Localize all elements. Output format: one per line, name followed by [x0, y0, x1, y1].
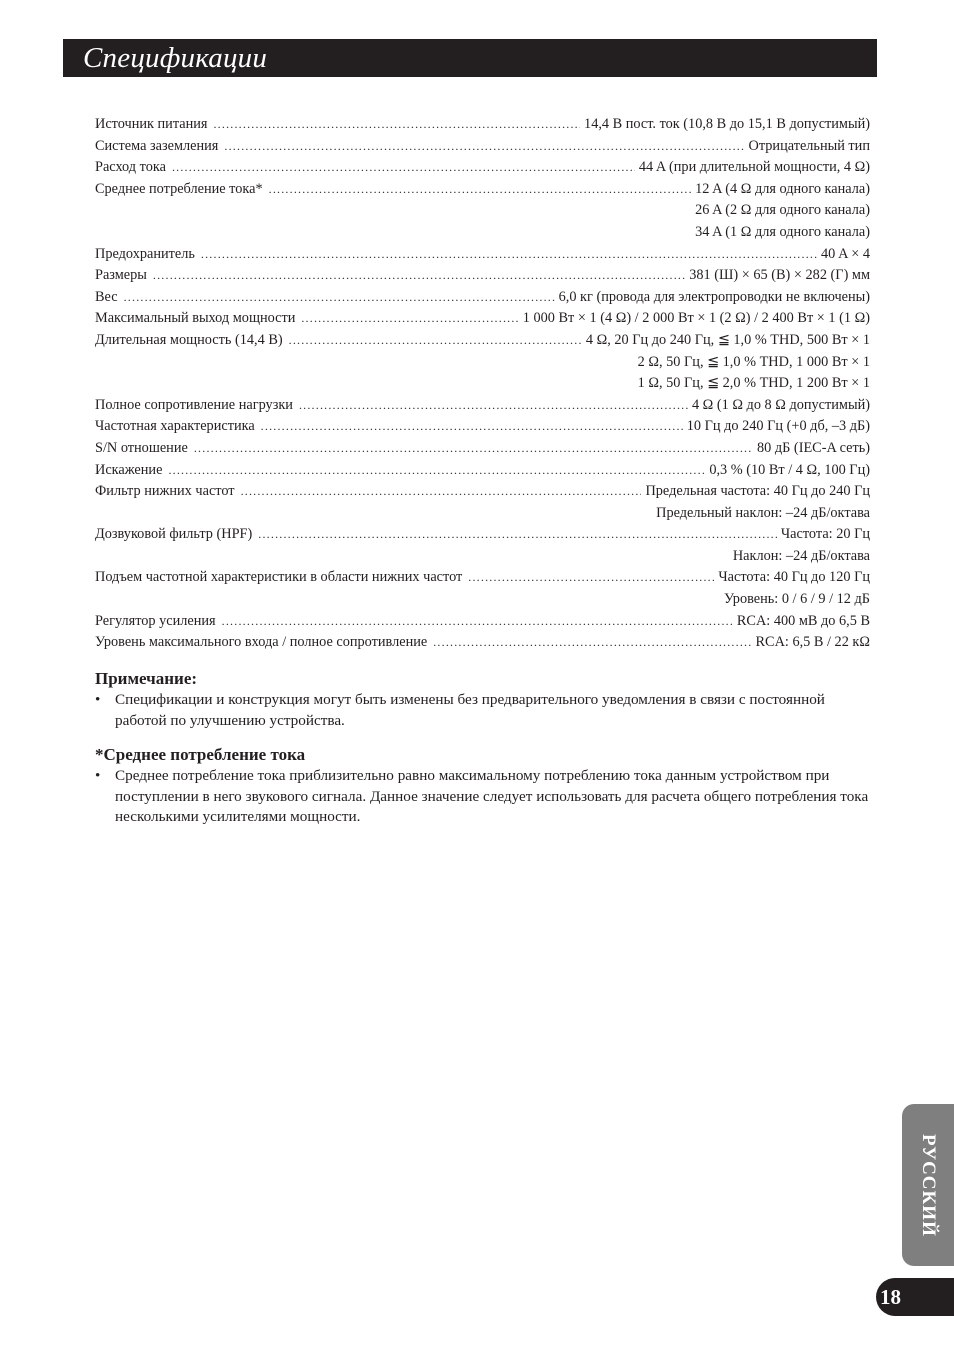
- spec-value: 381 (Ш) × 65 (В) × 282 (Г) мм: [685, 265, 870, 287]
- note-bullet: • Спецификации и конструкция могут быть …: [95, 690, 875, 731]
- spec-value: 44 A (при длительной мощности, 4 Ω): [635, 157, 870, 179]
- spec-label: Система заземления: [95, 136, 224, 158]
- bullet-icon: •: [95, 690, 100, 711]
- spec-label: Максимальный выход мощности: [95, 308, 301, 330]
- dot-leader: [289, 330, 582, 352]
- spec-value-continuation: 2 Ω, 50 Гц, ≦ 1,0 % THD, 1 000 Вт × 1: [95, 352, 870, 374]
- average-current-heading: *Среднее потребление тока: [95, 744, 875, 766]
- spec-row: Вес6,0 кг (провода для электропроводки н…: [95, 287, 870, 309]
- dot-leader: [261, 416, 683, 438]
- spec-value: 10 Гц до 240 Гц (+0 дб, –3 дБ): [683, 416, 870, 438]
- spec-label: Частотная характеристика: [95, 416, 261, 438]
- note-heading: Примечание:: [95, 668, 875, 690]
- dot-leader: [201, 244, 817, 266]
- dot-leader: [258, 524, 777, 546]
- spec-label: Искажение: [95, 460, 168, 482]
- spec-row: Система заземленияОтрицательный тип: [95, 136, 870, 158]
- dot-leader: [153, 265, 685, 287]
- dot-leader: [222, 611, 733, 633]
- spec-value: 80 дБ (IEC-A сеть): [753, 438, 870, 460]
- spec-label: Размеры: [95, 265, 153, 287]
- spec-value-continuation: 1 Ω, 50 Гц, ≦ 2,0 % THD, 1 200 Вт × 1: [95, 373, 870, 395]
- page-number-badge: 18: [876, 1278, 954, 1316]
- spec-value: 6,0 кг (провода для электропроводки не в…: [555, 287, 870, 309]
- dot-leader: [301, 308, 518, 330]
- dot-leader: [224, 136, 744, 158]
- specifications-list: Источник питания14,4 В пост. ток (10,8 В…: [95, 114, 870, 654]
- spec-row: Среднее потребление тока*12 A (4 Ω для о…: [95, 179, 870, 201]
- spec-value: RCA: 6,5 В / 22 кΩ: [752, 632, 871, 654]
- page-number: 18: [880, 1278, 901, 1316]
- spec-row: Частотная характеристика10 Гц до 240 Гц …: [95, 416, 870, 438]
- spec-value-continuation: Предельный наклон: –24 дБ/октава: [95, 503, 870, 525]
- dot-leader: [468, 567, 714, 589]
- spec-value-continuation: Наклон: –24 дБ/октава: [95, 546, 870, 568]
- spec-value: Отрицательный тип: [745, 136, 870, 158]
- spec-row: Длительная мощность (14,4 В)4 Ω, 20 Гц д…: [95, 330, 870, 352]
- spec-label: Вес: [95, 287, 124, 309]
- dot-leader: [124, 287, 555, 309]
- spec-value-continuation: 34 A (1 Ω для одного канала): [95, 222, 870, 244]
- page-title-bar: Спецификации: [63, 39, 877, 77]
- spec-label: Полное сопротивление нагрузки: [95, 395, 299, 417]
- spec-row: Уровень максимального входа / полное соп…: [95, 632, 870, 654]
- dot-leader: [194, 438, 753, 460]
- spec-value: 40 A × 4: [817, 244, 870, 266]
- spec-label: Расход тока: [95, 157, 172, 179]
- spec-label: Предохранитель: [95, 244, 201, 266]
- spec-row: Источник питания14,4 В пост. ток (10,8 В…: [95, 114, 870, 136]
- spec-label: Длительная мощность (14,4 В): [95, 330, 289, 352]
- spec-row: S/N отношение80 дБ (IEC-A сеть): [95, 438, 870, 460]
- spec-value: 12 A (4 Ω для одного канала): [691, 179, 870, 201]
- spec-value: Частота: 40 Гц до 120 Гц: [714, 567, 870, 589]
- spec-label: Подъем частотной характеристики в област…: [95, 567, 468, 589]
- average-current-note-section: *Среднее потребление тока • Среднее потр…: [95, 744, 875, 828]
- spec-row: Фильтр нижних частотПредельная частота: …: [95, 481, 870, 503]
- spec-value: 4 Ω (1 Ω до 8 Ω допустимый): [688, 395, 870, 417]
- spec-value: 4 Ω, 20 Гц до 240 Гц, ≦ 1,0 % THD, 500 В…: [582, 330, 870, 352]
- spec-row: Размеры381 (Ш) × 65 (В) × 282 (Г) мм: [95, 265, 870, 287]
- spec-value: RCA: 400 мВ до 6,5 В: [733, 611, 870, 633]
- average-current-bullet: • Среднее потребление тока приблизительн…: [95, 766, 875, 828]
- spec-label: Регулятор усиления: [95, 611, 222, 633]
- spec-row: Подъем частотной характеристики в област…: [95, 567, 870, 589]
- spec-row: Регулятор усиленияRCA: 400 мВ до 6,5 В: [95, 611, 870, 633]
- dot-leader: [213, 114, 580, 136]
- page-title: Спецификации: [83, 40, 267, 76]
- note-section: Примечание: • Спецификации и конструкция…: [95, 668, 875, 731]
- spec-row: Искажение0,3 % (10 Вт / 4 Ω, 100 Гц): [95, 460, 870, 482]
- language-tab: РУССКИЙ: [902, 1104, 954, 1266]
- dot-leader: [269, 179, 691, 201]
- spec-label: Фильтр нижних частот: [95, 481, 241, 503]
- spec-row: Расход тока44 A (при длительной мощности…: [95, 157, 870, 179]
- language-label: РУССКИЙ: [902, 1104, 954, 1266]
- spec-label: Среднее потребление тока*: [95, 179, 269, 201]
- spec-value: 0,3 % (10 Вт / 4 Ω, 100 Гц): [705, 460, 870, 482]
- average-current-text: Среднее потребление тока приблизительно …: [115, 767, 868, 825]
- spec-value: 14,4 В пост. ток (10,8 В до 15,1 В допус…: [580, 114, 870, 136]
- spec-row: Предохранитель40 A × 4: [95, 244, 870, 266]
- spec-label: Источник питания: [95, 114, 213, 136]
- spec-value: Частота: 20 Гц: [777, 524, 870, 546]
- spec-value: 1 000 Вт × 1 (4 Ω) / 2 000 Вт × 1 (2 Ω) …: [519, 308, 870, 330]
- dot-leader: [433, 632, 751, 654]
- spec-label: Дозвуковой фильтр (HPF): [95, 524, 258, 546]
- spec-value-continuation: 26 A (2 Ω для одного канала): [95, 200, 870, 222]
- spec-label: Уровень максимального входа / полное соп…: [95, 632, 433, 654]
- spec-row: Полное сопротивление нагрузки4 Ω (1 Ω до…: [95, 395, 870, 417]
- dot-leader: [299, 395, 688, 417]
- bullet-icon: •: [95, 766, 100, 787]
- dot-leader: [172, 157, 635, 179]
- spec-row: Максимальный выход мощности1 000 Вт × 1 …: [95, 308, 870, 330]
- dot-leader: [168, 460, 705, 482]
- spec-label: S/N отношение: [95, 438, 194, 460]
- spec-value-continuation: Уровень: 0 / 6 / 9 / 12 дБ: [95, 589, 870, 611]
- spec-value: Предельная частота: 40 Гц до 240 Гц: [641, 481, 870, 503]
- spec-row: Дозвуковой фильтр (HPF)Частота: 20 Гц: [95, 524, 870, 546]
- note-text: Спецификации и конструкция могут быть из…: [115, 691, 825, 729]
- dot-leader: [241, 481, 642, 503]
